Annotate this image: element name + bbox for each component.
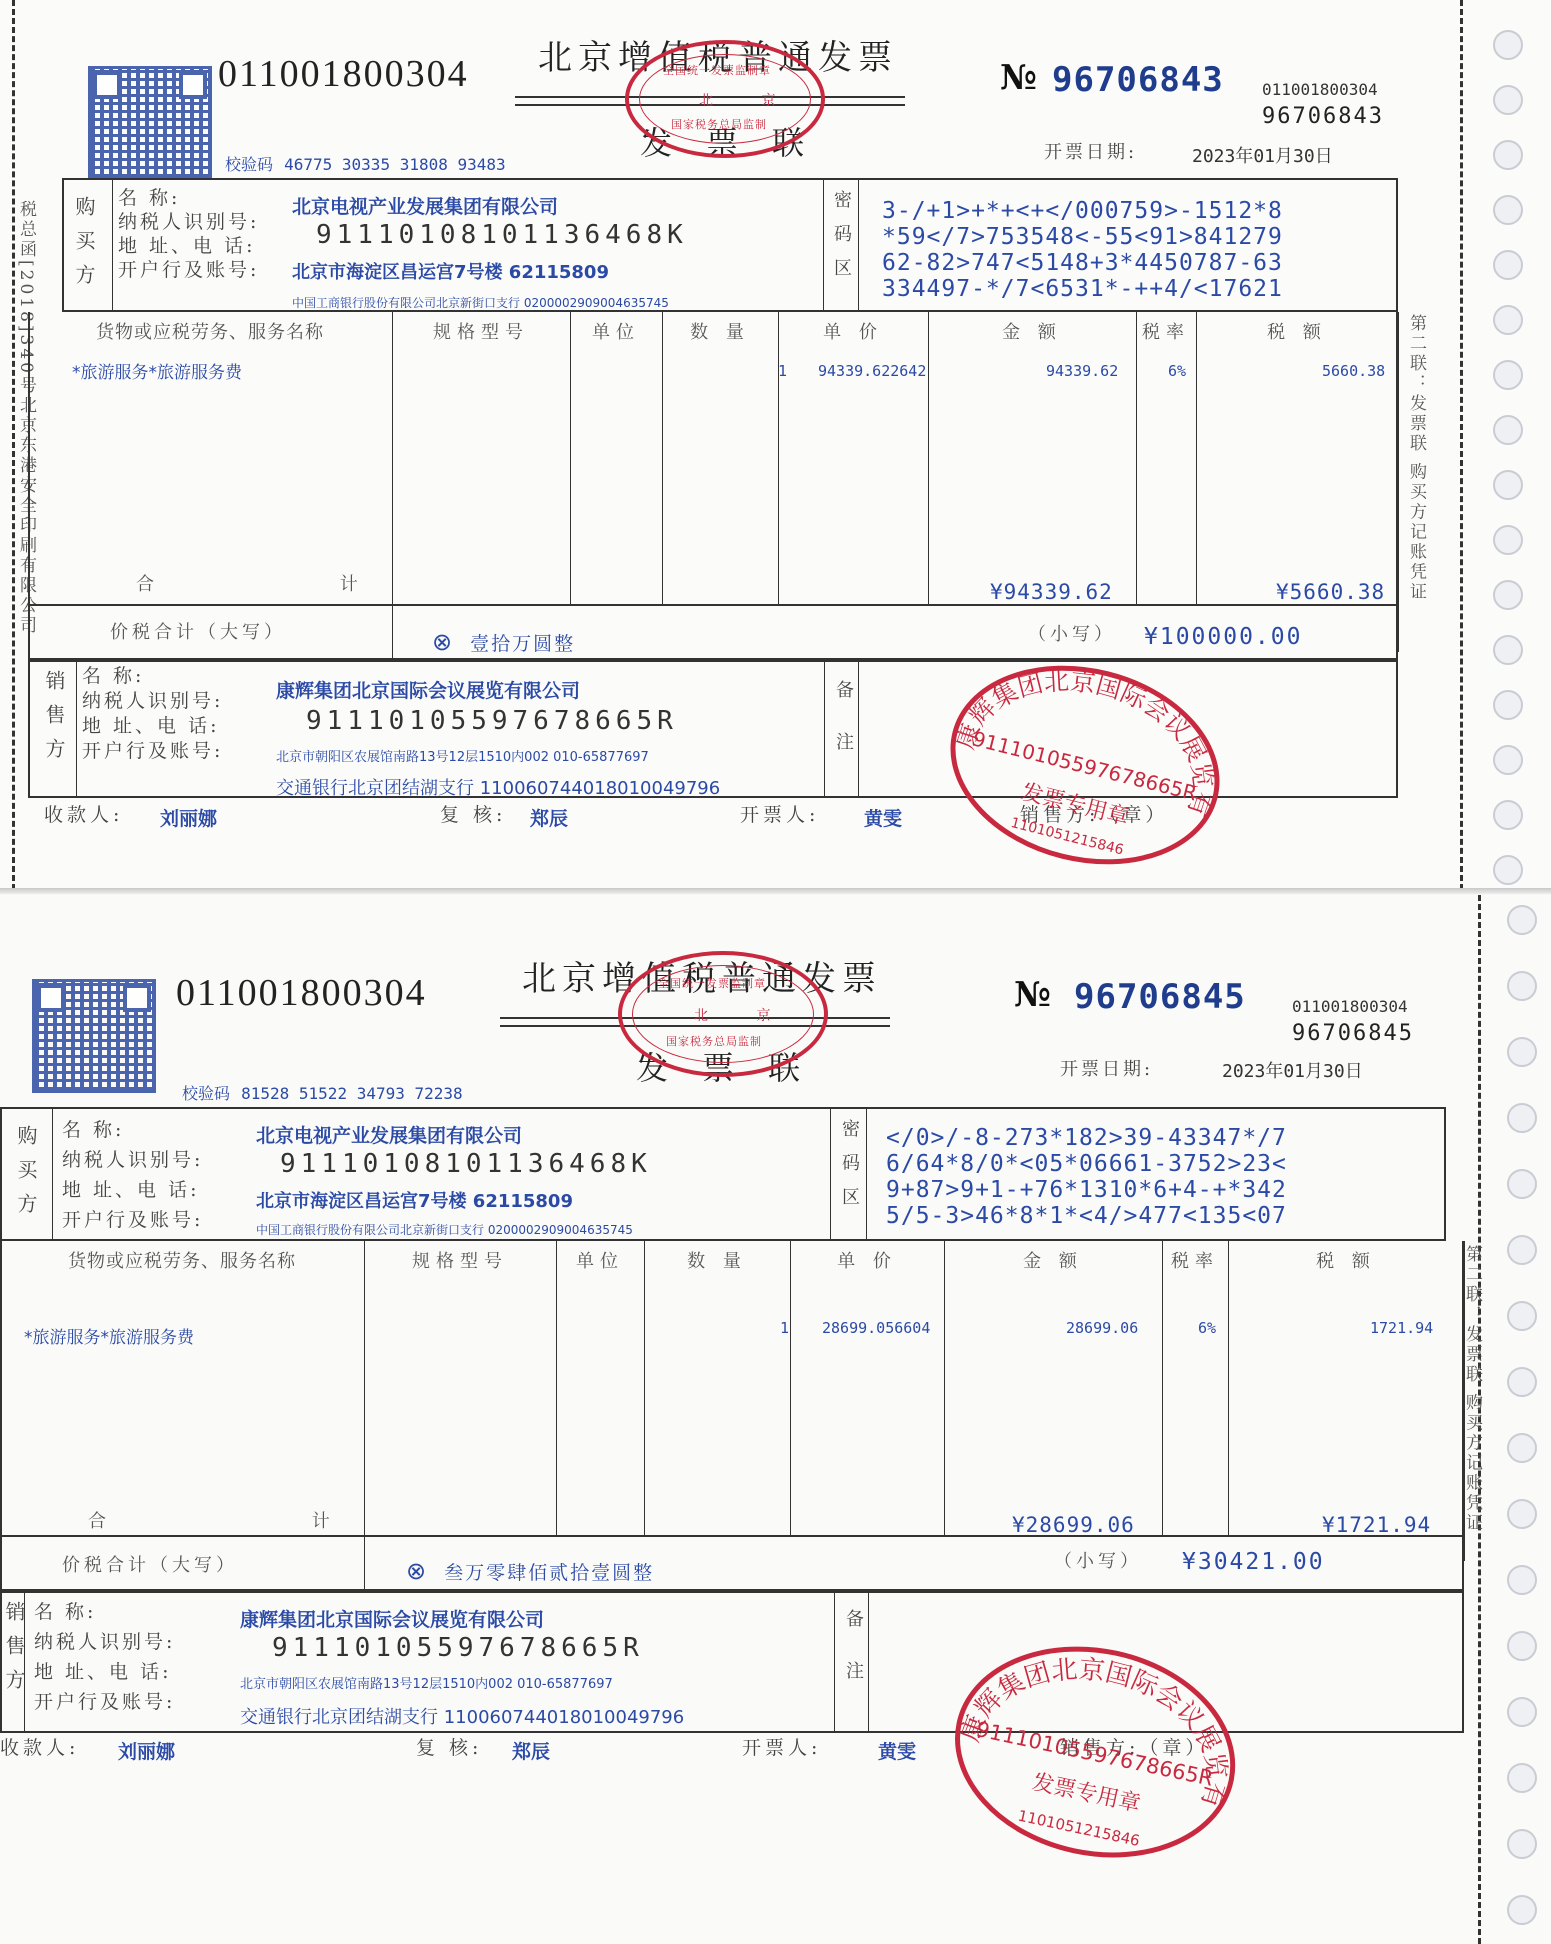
seller-field-labels: 名 称: 纳税人识别号: 地 址、电 话: 开户行及账号:	[82, 664, 223, 764]
column-header: 金 额	[928, 318, 1136, 344]
sum-amount: ¥28699.06	[1012, 1513, 1135, 1537]
cipher-line: 334497-*/7<6531*-++4/<17621	[882, 276, 1283, 302]
cipher-line: *59</7>753548<-55<91>841279	[882, 224, 1283, 250]
item-tax: 5660.38	[1322, 362, 1385, 380]
cipher-line: 9+87>9+1-+76*1310*6+4-+*342	[886, 1177, 1287, 1203]
issue-date: 2023年01月30日	[1222, 1057, 1363, 1083]
column-rule	[1162, 1241, 1163, 1535]
grand-total-amount: ¥30421.00	[1182, 1549, 1325, 1575]
buyer-address-phone: 北京市海淀区昌运宫7号楼 62115809	[256, 1187, 573, 1213]
perforation-right	[1460, 0, 1463, 890]
tractor-hole	[1493, 525, 1523, 555]
column-rule	[928, 312, 929, 604]
item-quantity: 1	[778, 362, 787, 380]
items-table	[0, 1241, 1464, 1537]
tractor-hole	[1493, 635, 1523, 665]
buyer-tax-id: 91110108101136468K	[316, 220, 688, 250]
column-rule	[662, 312, 663, 604]
item-name: *旅游服务*旅游服务费	[24, 1323, 194, 1348]
tractor-hole	[1493, 415, 1523, 445]
sheet-divider	[0, 888, 1551, 894]
column-rule	[1196, 312, 1197, 604]
grand-total-small-label: （小写）	[1054, 1547, 1142, 1573]
grand-total-words: ⊗ 壹拾万圆整	[432, 628, 575, 656]
column-header: 数 量	[662, 318, 778, 344]
seller-bank-account: 交通银行北京团结湖支行 110060744018010049796	[240, 1703, 684, 1729]
sum-tax: ¥5660.38	[1276, 580, 1385, 604]
column-header: 规格型号	[364, 1247, 556, 1273]
check-code: 校验码 81528 51522 34793 72238	[182, 1081, 463, 1104]
cipher-area: 3-/+1>+*+<+</000759>-1512*8*59</7>753548…	[882, 198, 1283, 302]
tractor-hole	[1507, 905, 1537, 935]
tractor-hole	[1493, 250, 1523, 280]
item-amount: 28699.06	[1066, 1319, 1138, 1337]
grand-total-words: ⊗ 叁万零肆佰贰拾壹圆整	[406, 1557, 654, 1585]
tractor-hole	[1493, 855, 1523, 885]
column-header: 单 价	[778, 318, 928, 344]
invoice-number: 96706843	[1052, 60, 1224, 100]
item-unit-price: 28699.056604	[822, 1319, 930, 1337]
invoice-sheet-2: 011001800304 校验码 81528 51522 34793 72238…	[0, 895, 1551, 1944]
qr-code[interactable]	[32, 979, 156, 1093]
buyer-field-labels: 名 称: 纳税人识别号: 地 址、电 话: 开户行及账号:	[118, 186, 259, 282]
payee-name: 刘丽娜	[160, 804, 217, 831]
cipher-line: 62-82>747<5148+3*4450787-63	[882, 250, 1283, 276]
issue-date: 2023年01月30日	[1192, 142, 1333, 168]
column-rule	[644, 1241, 645, 1535]
buyer-address-phone: 北京市海淀区昌运宫7号楼 62115809	[292, 258, 609, 284]
invoice-sheet-1: 税总函[2018]340号北京东港安全印刷有限公司 011001800304 校…	[0, 0, 1551, 890]
seller-tax-id: 91110105597678665R	[306, 706, 678, 736]
buyer-section-label: 购买方	[70, 196, 99, 298]
sum-tax: ¥1721.94	[1322, 1513, 1431, 1537]
tractor-hole	[1507, 1235, 1537, 1265]
tractor-hole	[1493, 195, 1523, 225]
seller-tax-id: 91110105597678665R	[272, 1633, 644, 1663]
grand-total-amount: ¥100000.00	[1144, 624, 1302, 650]
invoice-code: 011001800304	[218, 52, 469, 96]
invoice-number: 96706845	[1074, 977, 1246, 1017]
cipher-area-label: 密码区	[836, 1119, 862, 1221]
buyer-bank-account: 中国工商银行股份有限公司北京新街口支行 0200002909004635745	[256, 1221, 633, 1238]
issue-date-label: 开票日期:	[1060, 1055, 1153, 1081]
issuer-name: 黄雯	[864, 804, 902, 831]
tractor-hole	[1493, 30, 1523, 60]
seller-address-phone: 北京市朝阳区农展馆南路13号12层1510内002 010-65877697	[240, 1673, 613, 1692]
tractor-hole	[1493, 745, 1523, 775]
tractor-hole	[1493, 800, 1523, 830]
items-table	[28, 312, 1398, 606]
remarks-label: 备注	[840, 1609, 866, 1713]
tractor-hole	[1493, 140, 1523, 170]
column-header: 单 价	[790, 1247, 944, 1273]
number-mark: №	[1014, 975, 1051, 1015]
tractor-hole	[1493, 580, 1523, 610]
grand-total-label: 价税合计（大写）	[62, 1551, 238, 1577]
tractor-hole	[1507, 1499, 1537, 1529]
column-rule	[778, 312, 779, 604]
column-header: 金 额	[944, 1247, 1162, 1273]
column-rule	[570, 312, 571, 604]
buyer-name: 北京电视产业发展集团有限公司	[256, 1121, 522, 1148]
column-header: 税 额	[1228, 1247, 1464, 1273]
buyer-field-labels: 名 称: 纳税人识别号: 地 址、电 话: 开户行及账号:	[62, 1115, 203, 1235]
invoice-number-small: 96706843	[1262, 104, 1384, 129]
column-rule	[944, 1241, 945, 1535]
tractor-hole	[1507, 1103, 1537, 1133]
buyer-name: 北京电视产业发展集团有限公司	[292, 192, 558, 219]
reviewer-label: 复 核:	[440, 800, 506, 827]
payee-label: 收款人:	[44, 800, 123, 827]
tractor-hole	[1507, 1763, 1537, 1793]
tractor-hole	[1507, 1829, 1537, 1859]
column-header: 规格型号	[392, 318, 570, 344]
invoice-code-small: 011001800304	[1292, 997, 1408, 1016]
cipher-area: </0>/-8-273*182>39-43347*/76/64*8/0*<05*…	[886, 1125, 1287, 1229]
item-name: *旅游服务*旅游服务费	[72, 358, 242, 383]
invoice-number-small: 96706845	[1292, 1021, 1414, 1046]
sum-label: 合 计	[88, 1507, 430, 1533]
tractor-hole	[1507, 971, 1537, 1001]
sum-label: 合 计	[136, 570, 448, 596]
issue-date-label: 开票日期:	[1044, 138, 1137, 164]
item-unit-price: 94339.622642	[818, 362, 926, 380]
column-header: 税率	[1136, 318, 1196, 344]
invoice-code-small: 011001800304	[1262, 80, 1378, 99]
payee-label: 收款人:	[0, 1733, 79, 1760]
tractor-hole	[1493, 690, 1523, 720]
column-rule	[790, 1241, 791, 1535]
svg-text:91110105597678665R: 91110105597678665R	[970, 726, 1199, 805]
remarks-label: 备注	[830, 680, 856, 784]
cipher-area-label: 密码区	[828, 190, 854, 292]
column-header: 税 额	[1196, 318, 1398, 344]
column-header: 货物或应税劳务、服务名称	[0, 1247, 364, 1273]
tractor-hole	[1507, 1565, 1537, 1595]
column-rule	[556, 1241, 557, 1535]
tractor-hole	[1507, 1301, 1537, 1331]
column-rule	[392, 312, 393, 604]
item-quantity: 1	[780, 1319, 789, 1337]
column-rule	[1136, 312, 1137, 604]
cipher-line: </0>/-8-273*182>39-43347*/7	[886, 1125, 1287, 1151]
invoice-code: 011001800304	[176, 971, 427, 1015]
seller-name: 康辉集团北京国际会议展览有限公司	[240, 1605, 544, 1632]
issuer-label: 开票人:	[742, 1733, 821, 1760]
cipher-line: 5/5-3>46*8*1*<4/>477<135<07	[886, 1203, 1287, 1229]
svg-text:发票专用章: 发票专用章	[1030, 1770, 1143, 1817]
svg-text:91110105597678665R: 91110105597678665R	[974, 1717, 1215, 1791]
cross-circle-icon: ⊗	[406, 1557, 428, 1585]
seller-bank-account: 交通银行北京团结湖支行 110060744018010049796	[276, 774, 720, 800]
grand-total-small-label: （小写）	[1028, 620, 1116, 646]
reviewer-name: 郑辰	[512, 1737, 550, 1764]
buyer-section-label: 购买方	[12, 1125, 41, 1227]
seller-section-label: 销售方	[40, 670, 69, 772]
issuer-name: 黄雯	[878, 1737, 916, 1764]
item-tax: 1721.94	[1370, 1319, 1433, 1337]
tractor-hole	[1507, 1367, 1537, 1397]
payee-name: 刘丽娜	[118, 1737, 175, 1764]
seller-address-phone: 北京市朝阳区农展馆南路13号12层1510内002 010-65877697	[276, 746, 649, 765]
reviewer-name: 郑辰	[530, 804, 568, 831]
seller-section-label: 销售方	[0, 1601, 29, 1703]
tractor-hole	[1493, 470, 1523, 500]
seller-field-labels: 名 称: 纳税人识别号: 地 址、电 话: 开户行及账号:	[34, 1597, 175, 1717]
column-header: 单位	[570, 318, 662, 344]
check-code: 校验码 46775 30335 31808 93483	[225, 152, 506, 175]
sum-amount: ¥94339.62	[990, 580, 1113, 604]
grand-total-label: 价税合计（大写）	[110, 618, 286, 644]
copy-note: 第二联：发票联 购买方记账凭证	[1404, 314, 1429, 602]
reviewer-label: 复 核:	[416, 1733, 482, 1760]
buyer-tax-id: 91110108101136468K	[280, 1149, 652, 1179]
tractor-hole	[1507, 1433, 1537, 1463]
cipher-line: 3-/+1>+*+<+</000759>-1512*8	[882, 198, 1283, 224]
column-rule	[364, 1241, 365, 1535]
buyer-bank-account: 中国工商银行股份有限公司北京新街口支行 0200002909004635745	[292, 294, 669, 311]
tractor-hole	[1507, 1037, 1537, 1067]
cipher-line: 6/64*8/0*<05*06661-3752>23<	[886, 1151, 1287, 1177]
column-header: 货物或应税劳务、服务名称	[28, 318, 392, 344]
column-header: 数 量	[644, 1247, 790, 1273]
tax-bureau-stamp: 全国统一发票监制章 北 京 国家税务总局监制	[618, 951, 828, 1077]
tractor-hole	[1507, 1169, 1537, 1199]
tractor-hole	[1493, 85, 1523, 115]
tractor-hole	[1493, 305, 1523, 335]
item-tax-rate: 6%	[1198, 1319, 1216, 1337]
tractor-hole	[1507, 1631, 1537, 1661]
column-rule	[1228, 1241, 1229, 1535]
tractor-hole	[1507, 1895, 1537, 1925]
tractor-hole	[1507, 1697, 1537, 1727]
item-tax-rate: 6%	[1168, 362, 1186, 380]
column-header: 单位	[556, 1247, 644, 1273]
cross-circle-icon: ⊗	[432, 628, 454, 656]
item-amount: 94339.62	[1046, 362, 1118, 380]
seller-name: 康辉集团北京国际会议展览有限公司	[276, 676, 580, 703]
tractor-hole	[1493, 360, 1523, 390]
issuer-label: 开票人:	[740, 800, 819, 827]
tax-bureau-stamp: 全国统一发票监制章 北 京 国家税务总局监制	[625, 40, 825, 158]
column-header: 税率	[1162, 1247, 1228, 1273]
number-mark: №	[1000, 58, 1037, 98]
qr-code[interactable]	[88, 66, 212, 180]
